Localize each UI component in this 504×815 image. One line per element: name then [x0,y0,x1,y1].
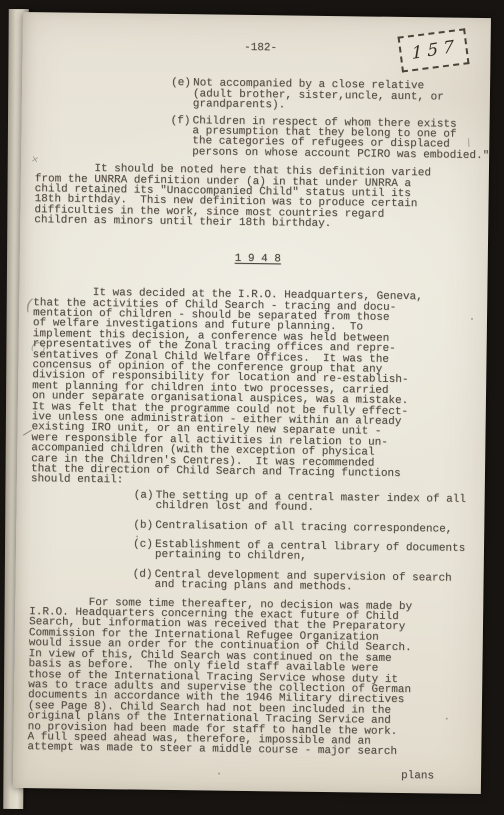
definition-list-item: (e) Not accompanied by a close relative … [171,78,484,113]
list-item-label: (a) [133,490,155,511]
paper-speck [111,193,113,195]
list-item-label: (d) [132,569,154,590]
year-heading-text: 1 9 4 8 [235,252,281,265]
paragraph-definition-note: It should be noted here that this defini… [34,163,483,231]
list-item-label: (c) [133,540,155,561]
list-item-text: Central development and supervision of s… [154,570,451,595]
list-item-label: (b) [133,520,155,531]
list-item-text: Centralisation of all tracing correspond… [155,520,452,534]
definition-list: (e) Not accompanied by a close relative … [170,78,484,161]
recommendation-list-item: (b) Centralisation of all tracing corres… [133,520,478,535]
list-item-text: Establishment of a central library of do… [155,540,466,565]
paper-speck [471,318,473,320]
recommendation-list: (a) The setting up of a central master i… [132,490,478,594]
definition-list-item: (f) Children in respect of whom there ex… [170,116,484,162]
list-item-label: (f) [170,116,193,158]
catchword: plans [27,766,475,782]
page-body: -182- (e) Not accompanied by a close rel… [27,12,485,782]
list-item-label: (e) [171,78,193,110]
paragraph-thereafter: For some time thereafter, no decision wa… [27,597,477,759]
list-item-text: Not accompanied by a close relative (adu… [193,79,444,113]
recommendation-list-item: (d) Central development and supervision … [132,569,477,594]
list-item-text: Children in respect of whom there exists… [192,116,490,162]
list-item-text: The setting up of a central master index… [155,491,466,516]
year-heading: 1 9 4 8 [34,251,482,267]
recommendation-list-item: (a) The setting up of a central master i… [133,490,478,515]
document-page: 157 -182- (e) Not accompanied by a close… [13,12,491,794]
page-number: -182- [36,40,484,56]
recommendation-list-item: (c) Establishment of a central library o… [133,540,478,565]
paragraph-iro-decision: It was decided at the I.R.O. Headquarter… [31,287,482,491]
paper-speck [446,718,448,720]
paper-speck [52,702,54,704]
paper-speck [136,536,138,538]
paper-speck [367,659,369,661]
photo-frame: 157 -182- (e) Not accompanied by a close… [0,0,504,815]
paper-speck [218,773,220,775]
